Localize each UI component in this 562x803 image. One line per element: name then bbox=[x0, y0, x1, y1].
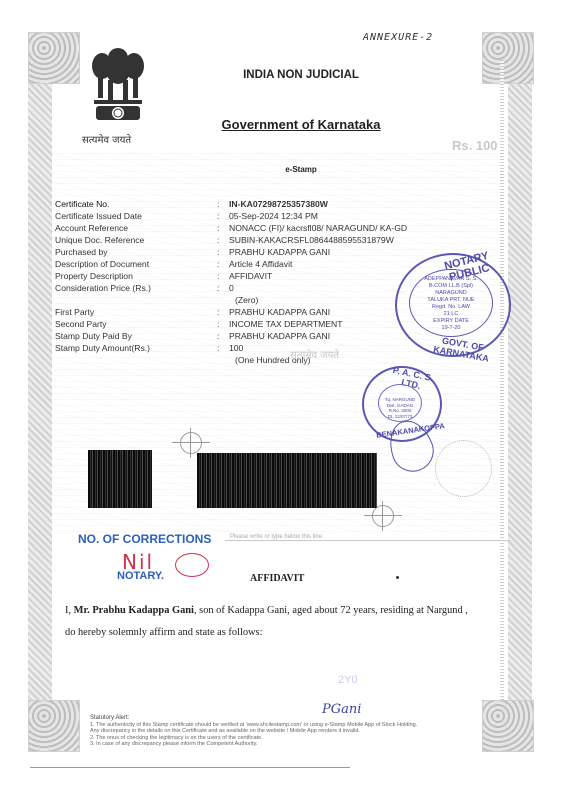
dot-mark bbox=[396, 576, 399, 579]
corner-ornament bbox=[28, 700, 80, 752]
separator: : bbox=[217, 246, 229, 258]
registration-mark-icon bbox=[372, 505, 394, 527]
separator: : bbox=[217, 222, 229, 234]
certificate-label: Second Party bbox=[55, 318, 217, 330]
barcode-2d[interactable] bbox=[197, 453, 377, 508]
separator: : bbox=[217, 282, 229, 306]
certificate-label: Property Description bbox=[55, 270, 217, 282]
document-title: INDIA NON JUDICIAL bbox=[0, 69, 562, 81]
certificate-row: Purchased by:PRABHU KADAPPA GANI bbox=[55, 246, 469, 258]
notary-label: NOTARY. bbox=[117, 570, 164, 582]
certificate-row: Description of Document:Article 4 Affida… bbox=[55, 258, 469, 270]
certificate-label: Description of Document bbox=[55, 258, 217, 270]
certificate-row: Stamp Duty Amount(Rs.):100(One Hundred o… bbox=[55, 342, 469, 366]
certificate-label: Unique Doc. Reference bbox=[55, 234, 217, 246]
certificate-row: Unique Doc. Reference:SUBIN-KAKACRSFL086… bbox=[55, 234, 469, 246]
bottom-rule bbox=[30, 767, 350, 768]
certificate-value: SUBIN-KAKACRSFL08644885955318​79W bbox=[229, 234, 469, 246]
certificate-label: Stamp Duty Paid By bbox=[55, 330, 217, 342]
certificate-label: Consideration Price (Rs.) bbox=[55, 282, 217, 306]
certificate-row: Certificate Issued Date:05-Sep-2024 12:3… bbox=[55, 210, 469, 222]
separator: : bbox=[217, 330, 229, 342]
affidavit-heading: AFFIDAVIT bbox=[250, 573, 304, 584]
separator: : bbox=[217, 306, 229, 318]
ornamental-border-right bbox=[508, 32, 532, 712]
statutory-alert: Statutory Alert: 1. The authenticity of … bbox=[90, 715, 420, 748]
handwritten-scribble bbox=[175, 553, 209, 577]
certificate-label: Certificate Issued Date bbox=[55, 210, 217, 222]
certificate-row: Certificate No.:IN-KA07298725357380W bbox=[55, 198, 469, 210]
separator: : bbox=[217, 258, 229, 270]
separator: : bbox=[217, 198, 229, 210]
faint-watermark-number: 2Y0 bbox=[338, 674, 358, 686]
qr-code[interactable] bbox=[88, 450, 152, 508]
write-below-hint: Please write or type below this line bbox=[230, 534, 322, 540]
deponent-name: Mr. Prabhu Kadappa Gani bbox=[74, 605, 194, 616]
corner-ornament bbox=[482, 700, 534, 752]
certificate-label: Purchased by bbox=[55, 246, 217, 258]
registration-mark-icon bbox=[180, 432, 202, 454]
denomination: Rs. 100 bbox=[452, 138, 498, 153]
certificate-label: Certificate No. bbox=[55, 198, 217, 210]
government-title: Government of Karnataka bbox=[0, 117, 562, 132]
certificate-label: Stamp Duty Amount(Rs.) bbox=[55, 342, 217, 366]
separator: : bbox=[217, 318, 229, 330]
certificate-value: 05-Sep-2024 12:34 PM bbox=[229, 210, 469, 222]
separator: : bbox=[217, 210, 229, 222]
ornamental-border-left bbox=[28, 32, 52, 712]
certificate-label: First Party bbox=[55, 306, 217, 318]
separator: : bbox=[217, 234, 229, 246]
certificate-value: IN-KA07298725357380W bbox=[229, 198, 469, 210]
annexure-annotation: ANNEXURE-2 bbox=[363, 32, 433, 43]
stamp-type: e-Stamp bbox=[0, 165, 562, 174]
pacs-seal-details: Tq. NARGUNDDist. GADAGR.No. 3000Dt. 12/0… bbox=[378, 384, 422, 422]
emblem-motto: सत्यमेव जयते bbox=[82, 132, 131, 146]
certificate-row: Account Reference:NONACC (FI)/ kacrsfl08… bbox=[55, 222, 469, 234]
notary-seal-details: ADEPPANAVAR S. S.B.COM LL.B (Spl)NARAGUN… bbox=[409, 269, 493, 337]
notary-public-seal: NOTARY PUBLIC ADEPPANAVAR S. S.B.COM LL.… bbox=[395, 253, 511, 357]
corrections-label: NO. OF CORRECTIONS bbox=[78, 532, 211, 546]
write-below-line bbox=[225, 540, 510, 541]
faint-seal bbox=[435, 440, 492, 497]
separator: : bbox=[217, 270, 229, 282]
certificate-label: Account Reference bbox=[55, 222, 217, 234]
separator: : bbox=[217, 342, 229, 366]
certificate-value: NONACC (FI)/ kacrsfl08/ NARAGUND/ KA-GD bbox=[229, 222, 469, 234]
motto-watermark: सत्यमेव जयते bbox=[290, 347, 339, 361]
affidavit-body: I, Mr. Prabhu Kadappa Gani, son of Kadap… bbox=[65, 600, 495, 644]
